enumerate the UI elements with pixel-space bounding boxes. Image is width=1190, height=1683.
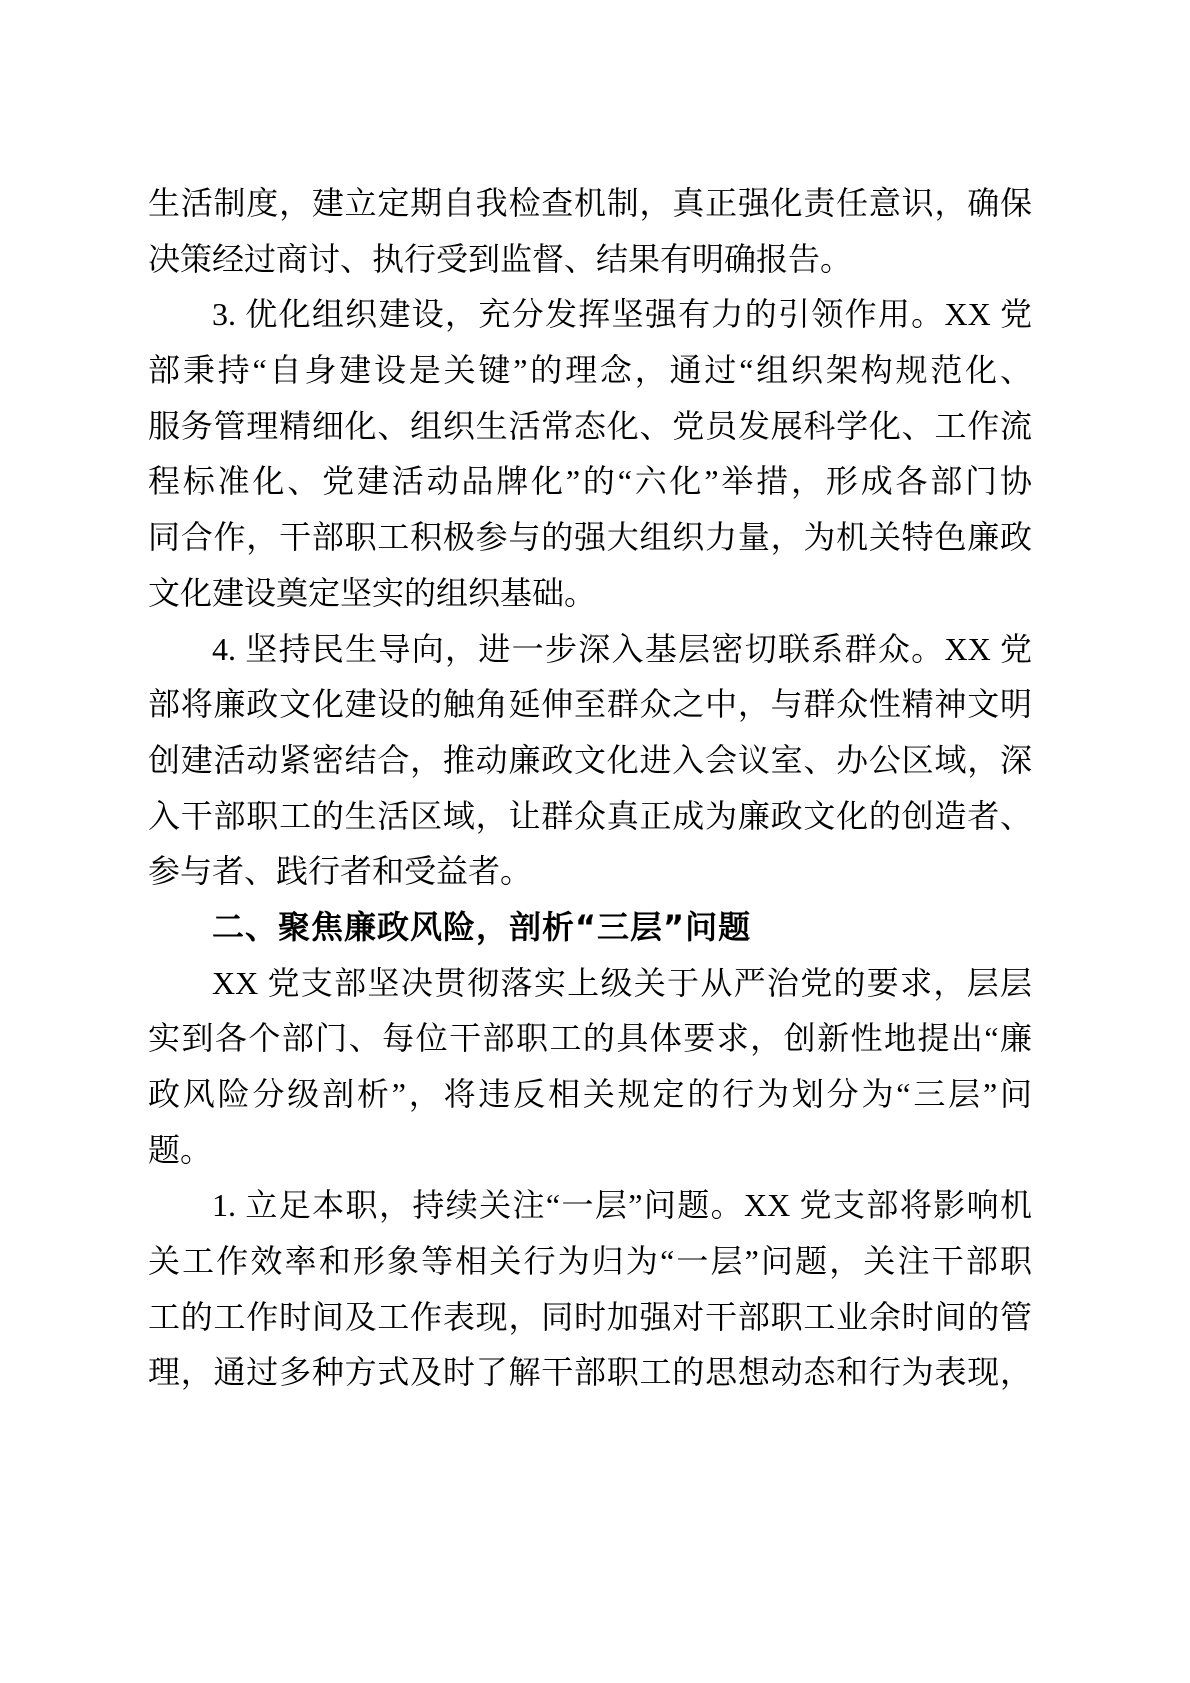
- body-line: 部将廉政文化建设的触角延伸至群众之中，与群众性精神文明: [148, 677, 1032, 733]
- body-line: XX 党支部坚决贯彻落实上级关于从严治党的要求，层层落: [148, 956, 1032, 1012]
- body-line: 关工作效率和形象等相关行为归为“一层”问题，关注干部职: [148, 1234, 1032, 1290]
- body-line: 同合作，干部职工积极参与的强大组织力量，为机关特色廉政: [148, 510, 1032, 566]
- body-line: 入干部职工的生活区域，让群众真正成为廉政文化的创造者、: [148, 789, 1032, 845]
- body-line: 部秉持“自身建设是关键”的理念，通过“组织架构规范化、: [148, 343, 1032, 399]
- body-line: 1. 立足本职，持续关注“一层”问题。XX 党支部将影响机: [148, 1178, 1032, 1234]
- body-line: 参与者、践行者和受益者。: [148, 844, 1032, 900]
- body-line: 程标准化、党建活动品牌化”的“六化”举措，形成各部门协: [148, 454, 1032, 510]
- body-line: 4. 坚持民生导向，进一步深入基层密切联系群众。XX 党支: [148, 622, 1032, 678]
- section-heading: 二、聚焦廉政风险，剖析“三层”问题: [148, 900, 1032, 956]
- body-line: 政风险分级剖析”，将违反相关规定的行为划分为“三层”问: [148, 1067, 1032, 1123]
- body-line: 决策经过商讨、执行受到监督、结果有明确报告。: [148, 232, 1032, 288]
- body-line: 生活制度，建立定期自我检查机制，真正强化责任意识，确保: [148, 176, 1032, 232]
- body-line: 理，通过多种方式及时了解干部职工的思想动态和行为表现，: [148, 1345, 1032, 1401]
- body-line: 创建活动紧密结合，推动廉政文化进入会议室、办公区域，深: [148, 733, 1032, 789]
- body-line: 题。: [148, 1123, 1032, 1179]
- text-block: 生活制度，建立定期自我检查机制，真正强化责任意识，确保 决策经过商讨、执行受到监…: [148, 176, 1032, 1401]
- body-line: 3. 优化组织建设，充分发挥坚强有力的引领作用。XX 党支: [148, 287, 1032, 343]
- body-line: 实到各个部门、每位干部职工的具体要求，创新性地提出“廉: [148, 1011, 1032, 1067]
- document-page: 生活制度，建立定期自我检查机制，真正强化责任意识，确保 决策经过商讨、执行受到监…: [0, 0, 1190, 1683]
- body-line: 工的工作时间及工作表现，同时加强对干部职工业余时间的管: [148, 1290, 1032, 1346]
- body-line: 服务管理精细化、组织生活常态化、党员发展科学化、工作流: [148, 399, 1032, 455]
- body-line: 文化建设奠定坚实的组织基础。: [148, 566, 1032, 622]
